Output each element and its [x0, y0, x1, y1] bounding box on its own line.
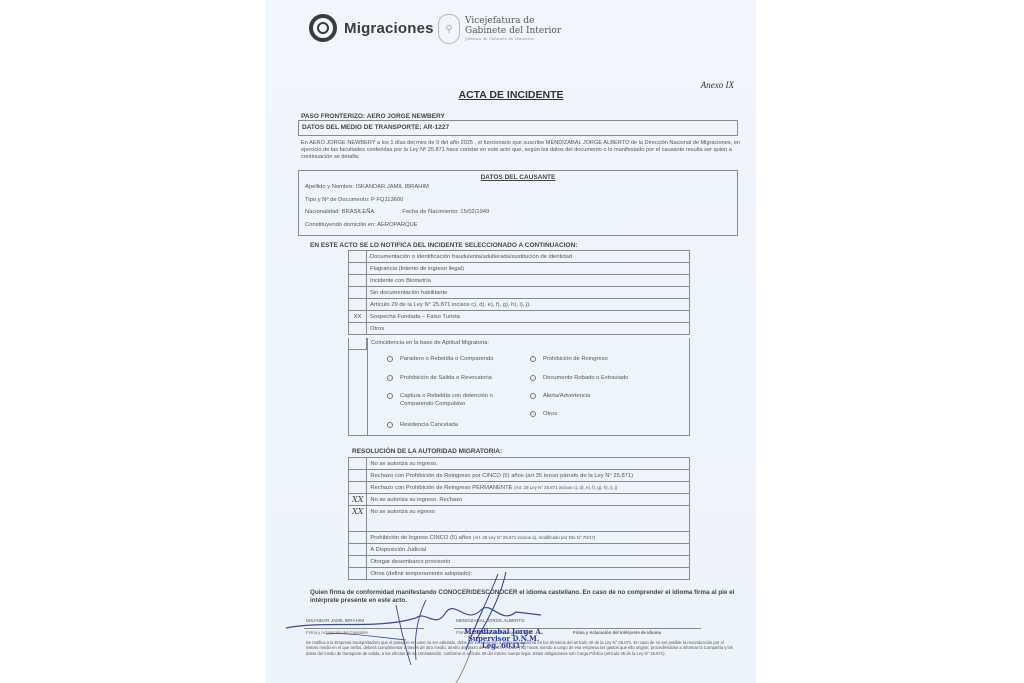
causante-signature-name: ISKANDAR JAMIL IBRAHIM [306, 618, 364, 623]
incidente-mark-cell[interactable] [349, 299, 367, 311]
resolucion-label-cell [367, 518, 690, 532]
causante-nombre: Apellido y Nombre: ISKANDAR JAMIL IBRAHI… [305, 181, 737, 194]
resolucion-row: Prohibición de Ingreso CINCO (5) años (A… [349, 532, 690, 544]
incidente-row: Documentación o identificación fraudulen… [349, 251, 690, 263]
incidente-label: Documentación o identificación fraudulen… [367, 251, 690, 263]
resolucion-row: No se autoriza su ingreso. [349, 458, 690, 470]
coincidencia-option-label: Paradero o Rebeldía o Comparendo [400, 356, 493, 364]
resolucion-table: No se autoriza su ingreso. Rechazo con P… [348, 457, 690, 580]
resolucion-mark-cell[interactable]: XX [349, 506, 367, 518]
radio-button-icon[interactable] [387, 375, 393, 381]
resolucion-mark-cell[interactable] [349, 518, 367, 532]
resolucion-label-cell: Prohibición de Ingreso CINCO (5) años (A… [367, 532, 690, 544]
migraciones-logo: Migraciones [309, 14, 434, 42]
resolucion-mark-cell[interactable] [349, 458, 367, 470]
funcionario-signature-name: MENDIZABAL JORGE ALBERTO [456, 618, 525, 623]
coincidencia-mark-cell [349, 338, 367, 350]
causante-nacionalidad-row: Nacionalidad: BRASILEÑAFecha de Nacimien… [305, 206, 737, 219]
incidente-label: Sospecha Fundada – Falso Turista [367, 311, 690, 323]
incidente-row: Artículo 29 de la Ley N° 25.871 incisos … [349, 299, 690, 311]
coincidencia-option-label: Captura o Rebeldía con detención o Compa… [400, 393, 522, 408]
incidente-table: Documentación o identificación fraudulen… [348, 250, 690, 335]
radio-button-icon[interactable] [530, 411, 536, 417]
resolucion-mark-cell[interactable] [349, 544, 367, 556]
coincidencia-option[interactable]: Paradero o Rebeldía o Comparendo [387, 356, 522, 364]
incidente-label: Flagrancia (Intento de ingreso ilegal) [367, 263, 690, 275]
resolucion-label: No se autoriza su ingreso. Rechazo [370, 497, 462, 503]
causante-nacimiento: Fecha de Nacimiento: 15/02/1949 [402, 209, 489, 215]
coincidencia-option-label: Documento Robado o Extraviado [543, 375, 628, 383]
resolucion-row: Rechazo con Prohibición de Reingreso por… [349, 470, 690, 482]
interprete-signature-line [571, 628, 701, 629]
resolucion-label: Otros (definir temperamento adoptado): [370, 571, 472, 577]
resolucion-row [349, 518, 690, 532]
logo-text: Migraciones [344, 20, 434, 37]
resolucion-label: Prohibición de Ingreso CINCO (5) años [370, 535, 471, 541]
radio-button-icon[interactable] [530, 393, 536, 399]
resolucion-label-cell: No se autoriza su ingreso. Rechazo [367, 494, 690, 506]
resolucion-label-cell: No se autoriza su ingreso. [367, 458, 690, 470]
coincidencia-option[interactable]: Otros [530, 411, 680, 419]
official-stamp: Mendizabal Jorge A. Supervisor D.N.M. Le… [464, 628, 543, 649]
resolucion-mark-cell[interactable] [349, 482, 367, 494]
radio-button-icon[interactable] [530, 356, 536, 362]
document-title: ACTA DE INCIDENTE [266, 89, 756, 101]
causante-signature-label: Firma y Aclaración del Causante [306, 630, 368, 635]
incidente-mark-cell[interactable] [349, 323, 367, 335]
resolucion-row: XXNo se autoriza su ingreso. Rechazo [349, 494, 690, 506]
resolucion-label-cell: Rechazo con Prohibición de Reingreso PER… [367, 482, 690, 494]
radio-button-icon[interactable] [387, 393, 393, 399]
resolucion-label-cell: No se autoriza su egreso [367, 506, 690, 518]
resolucion-row: Otros (definir temperamento adoptado): [349, 568, 690, 580]
resolucion-label-cell: A Disposición Judicial [367, 544, 690, 556]
incidente-row: Incidente con Biometría [349, 275, 690, 287]
resolucion-label-cell: Rechazo con Prohibición de Reingreso por… [367, 470, 690, 482]
resolucion-row: XXNo se autoriza su egreso [349, 506, 690, 518]
resolucion-mark-cell[interactable]: XX [349, 494, 367, 506]
resolucion-label: A Disposición Judicial [370, 547, 426, 553]
incidente-row: XXSospecha Fundada – Falso Turista [349, 311, 690, 323]
resolucion-section-title: RESOLUCIÓN DE LA AUTORIDAD MIGRATORIA: [352, 448, 502, 455]
coincidencia-option[interactable]: Residencia Cancelada [387, 422, 522, 430]
coincidencia-label: Coincidencia en la base de Aptitud Migra… [371, 340, 489, 346]
causante-nacionalidad: Nacionalidad: BRASILEÑA [305, 209, 374, 215]
intro-paragraph: En AERO JORGE NEWBERY a los 1 días del m… [301, 140, 741, 161]
medio-transporte: DATOS DEL MEDIO DE TRANSPORTE: AR-1227 [302, 124, 449, 131]
incidente-mark-cell[interactable] [349, 275, 367, 287]
resolucion-label: Rechazo con Prohibición de Reingreso por… [370, 473, 633, 479]
incidente-mark-cell[interactable] [349, 287, 367, 299]
coincidencia-option[interactable]: Captura o Rebeldía con detención o Compa… [387, 393, 522, 408]
coincidencia-option-label: Alerta/Advertencia [543, 393, 590, 401]
paso-fronterizo: PASO FRONTERIZO: AERO JORGE NEWBERY [301, 113, 445, 120]
coincidencia-option[interactable]: Prohibición de Reingreso [530, 356, 680, 364]
resolucion-row: Rechazo con Prohibición de Reingreso PER… [349, 482, 690, 494]
coincidencia-box: Coincidencia en la base de Aptitud Migra… [348, 338, 690, 436]
incidente-mark-cell[interactable] [349, 263, 367, 275]
coincidencia-option[interactable]: Prohibición de Salida o Revocatoria [387, 375, 522, 383]
causante-documento: Tipo y Nº de Documento: P FQ113600 [305, 194, 737, 207]
radio-button-icon[interactable] [530, 375, 536, 381]
vice-line1: Vicejefatura de [465, 16, 561, 26]
causante-signature-line [304, 628, 424, 629]
resolucion-label-cell: Otros (definir temperamento adoptado): [367, 568, 690, 580]
coincidencia-option[interactable]: Alerta/Advertencia [530, 393, 680, 401]
coincidencia-option-label: Otros [543, 411, 557, 419]
globe-icon [309, 14, 337, 42]
radio-button-icon[interactable] [387, 422, 393, 428]
incidente-row: Otros [349, 323, 690, 335]
coincidencia-option-label: Residencia Cancelada [400, 422, 458, 430]
resolucion-label: Otorgar desembarco provisorio [370, 559, 450, 565]
resolucion-mark-cell[interactable] [349, 532, 367, 544]
coincidencia-option[interactable]: Documento Robado o Extraviado [530, 375, 680, 383]
document-page: Migraciones ⚲ Vicejefatura de Gabinete d… [266, 0, 756, 683]
resolucion-label-cell: Otorgar desembarco provisorio [367, 556, 690, 568]
coincidencia-option-label: Prohibición de Reingreso [543, 356, 608, 364]
interprete-signature-label: Firma y Aclaración del Intérprete de idi… [573, 630, 661, 635]
shield-emblem-icon: ⚲ [438, 14, 460, 44]
incidente-row: Flagrancia (Intento de ingreso ilegal) [349, 263, 690, 275]
vicejefatura-logo: ⚲ Vicejefatura de Gabinete del Interior … [438, 14, 561, 44]
incidente-section-title: EN ESTE ACTO SE LO NOTIFICA DEL INCIDENT… [310, 242, 577, 249]
conformidad-statement: Quien firma de conformidad manifestando … [310, 589, 750, 605]
resolucion-label: Rechazo con Prohibición de Reingreso PER… [370, 485, 512, 491]
incidente-mark-cell[interactable]: XX [349, 311, 367, 323]
resolucion-label: No se autoriza su egreso [370, 509, 434, 515]
medio-transporte-box: DATOS DEL MEDIO DE TRANSPORTE: AR-1227 [298, 120, 738, 136]
incidente-label: Incidente con Biometría [367, 275, 690, 287]
incidente-mark-cell[interactable] [349, 251, 367, 263]
datos-causante-box: DATOS DEL CAUSANTE Apellido y Nombre: IS… [298, 170, 738, 236]
resolucion-row: Otorgar desembarco provisorio [349, 556, 690, 568]
resolucion-mark-cell[interactable] [349, 568, 367, 580]
incidente-label: Otros [367, 323, 690, 335]
incidente-label: Artículo 29 de la Ley N° 25.871 incisos … [367, 299, 690, 311]
incidente-row: Sin documentación habilitante [349, 287, 690, 299]
resolucion-mark-cell[interactable] [349, 556, 367, 568]
causante-domicilio: Constituyendo domicilio en: AEROPARQUE [305, 219, 737, 232]
causante-title: DATOS DEL CAUSANTE [299, 174, 737, 181]
coincidencia-option-label: Prohibición de Salida o Revocatoria [400, 375, 492, 383]
resolucion-mark-cell[interactable] [349, 470, 367, 482]
incidente-label: Sin documentación habilitante [367, 287, 690, 299]
resolucion-row: A Disposición Judicial [349, 544, 690, 556]
resolucion-note: (Art. 29 Ley N° 25.871 incisos c), d), e… [514, 485, 617, 490]
stamp-line3: Leg. 60317 [464, 642, 543, 649]
radio-button-icon[interactable] [387, 356, 393, 362]
resolucion-note: (Art. 29 Ley N° 25.871 incisos a), modif… [473, 535, 595, 540]
resolucion-label: No se autoriza su ingreso. [370, 461, 437, 467]
vice-line2: Gabinete del Interior [465, 26, 561, 36]
vice-line3: Jefatura de Gabinete de Ministros [465, 36, 561, 42]
